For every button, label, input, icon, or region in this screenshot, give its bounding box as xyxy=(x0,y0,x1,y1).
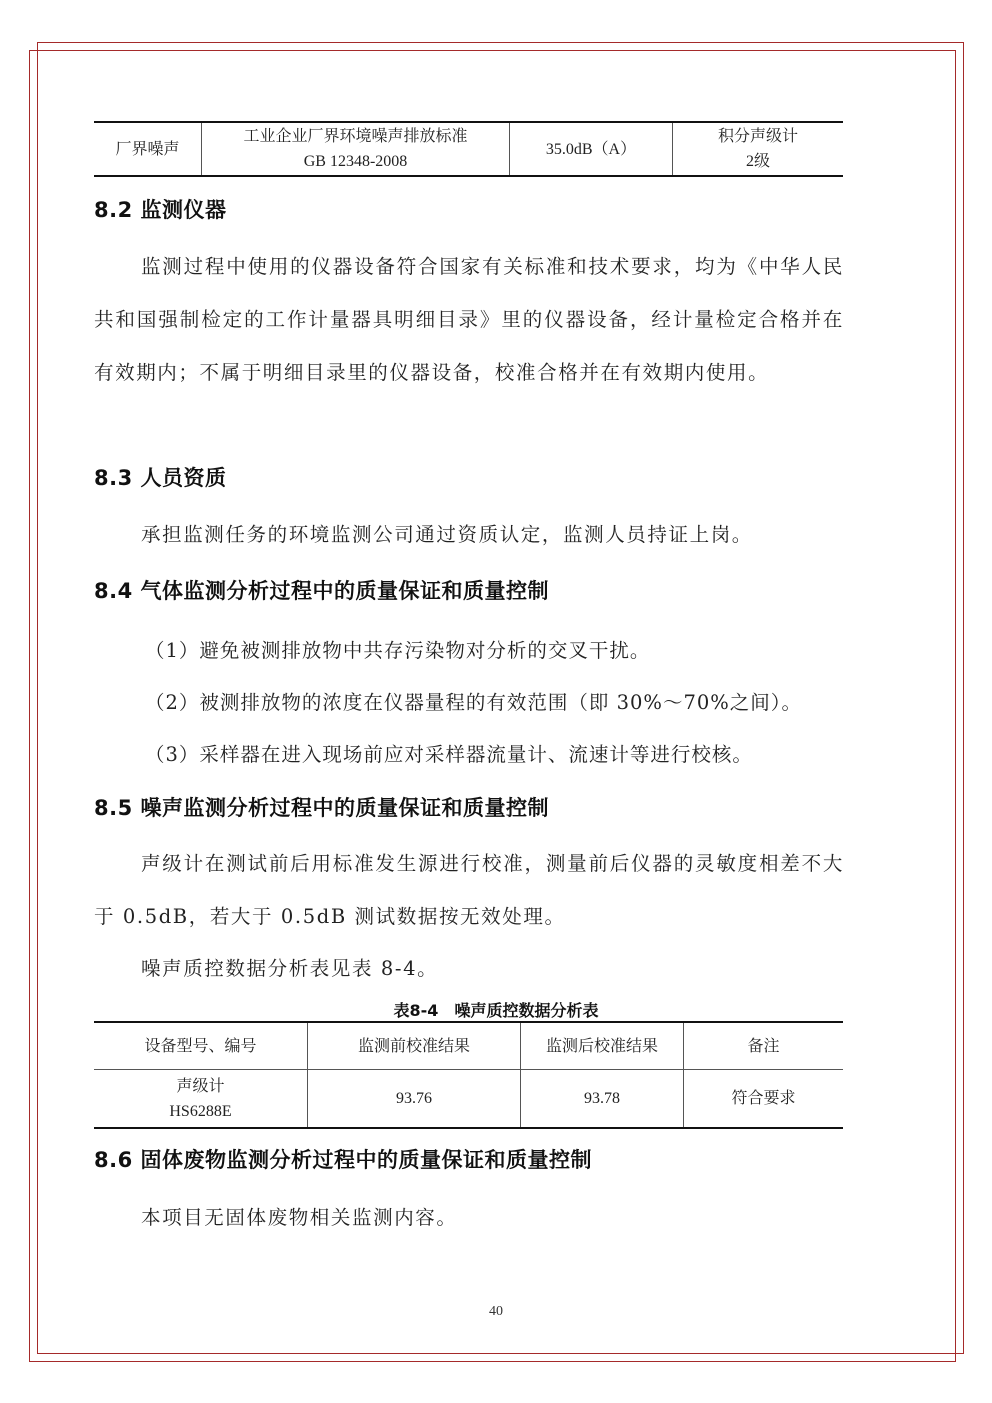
list-item: （2）被测排放物的浓度在仪器量程的有效范围（即 30%～70%之间）。 xyxy=(145,687,802,715)
instrument-cell: 积分声级计2级 xyxy=(673,122,844,176)
table-reference-text: 噪声质控数据分析表见表 8-4。 xyxy=(94,942,844,995)
column-header: 设备型号、编号 xyxy=(94,1022,308,1070)
heading-8-2: 8.2 监测仪器 xyxy=(94,194,227,224)
paragraph-8-3: 承担监测任务的环境监测公司通过资质认定，监测人员持证上岗。 xyxy=(94,508,844,561)
standard-cell: 工业企业厂界环境噪声排放标准GB 12348-2008 xyxy=(202,122,510,176)
device-cell: 声级计HS6288E xyxy=(94,1070,308,1129)
heading-8-4: 8.4 气体监测分析过程中的质量保证和质量控制 xyxy=(94,575,549,605)
noise-standard-table: 厂界噪声 工业企业厂界环境噪声排放标准GB 12348-2008 35.0dB（… xyxy=(94,121,843,177)
list-item: （1）避免被测排放物中共存污染物对分析的交叉干扰。 xyxy=(145,635,650,663)
limit-cell: 35.0dB（A） xyxy=(510,122,673,176)
table-row: 声级计HS6288E 93.76 93.78 符合要求 xyxy=(94,1070,843,1129)
heading-8-5: 8.5 噪声监测分析过程中的质量保证和质量控制 xyxy=(94,792,549,822)
category-cell: 厂界噪声 xyxy=(94,122,202,176)
table-caption: 表8-4 噪声质控数据分析表 xyxy=(0,998,992,1021)
noise-qc-table: 设备型号、编号 监测前校准结果 监测后校准结果 备注 声级计HS6288E 93… xyxy=(94,1021,843,1129)
column-header: 备注 xyxy=(684,1022,844,1070)
page-number: 40 xyxy=(0,1304,992,1320)
before-calibration-cell: 93.76 xyxy=(308,1070,521,1129)
after-calibration-cell: 93.78 xyxy=(521,1070,684,1129)
paragraph-8-6: 本项目无固体废物相关监测内容。 xyxy=(94,1191,844,1244)
heading-8-3: 8.3 人员资质 xyxy=(94,462,227,492)
paragraph-8-5: 声级计在测试前后用标准发生源进行校准，测量前后仪器的灵敏度相差不大于 0.5dB… xyxy=(94,837,844,943)
list-item: （3）采样器在进入现场前应对采样器流量计、流速计等进行校核。 xyxy=(145,739,753,767)
column-header: 监测后校准结果 xyxy=(521,1022,684,1070)
heading-8-6: 8.6 固体废物监测分析过程中的质量保证和质量控制 xyxy=(94,1144,592,1174)
table-header-row: 设备型号、编号 监测前校准结果 监测后校准结果 备注 xyxy=(94,1022,843,1070)
table-row: 厂界噪声 工业企业厂界环境噪声排放标准GB 12348-2008 35.0dB（… xyxy=(94,122,843,176)
paragraph-8-2: 监测过程中使用的仪器设备符合国家有关标准和技术要求，均为《中华人民共和国强制检定… xyxy=(94,240,844,399)
note-cell: 符合要求 xyxy=(684,1070,844,1129)
column-header: 监测前校准结果 xyxy=(308,1022,521,1070)
